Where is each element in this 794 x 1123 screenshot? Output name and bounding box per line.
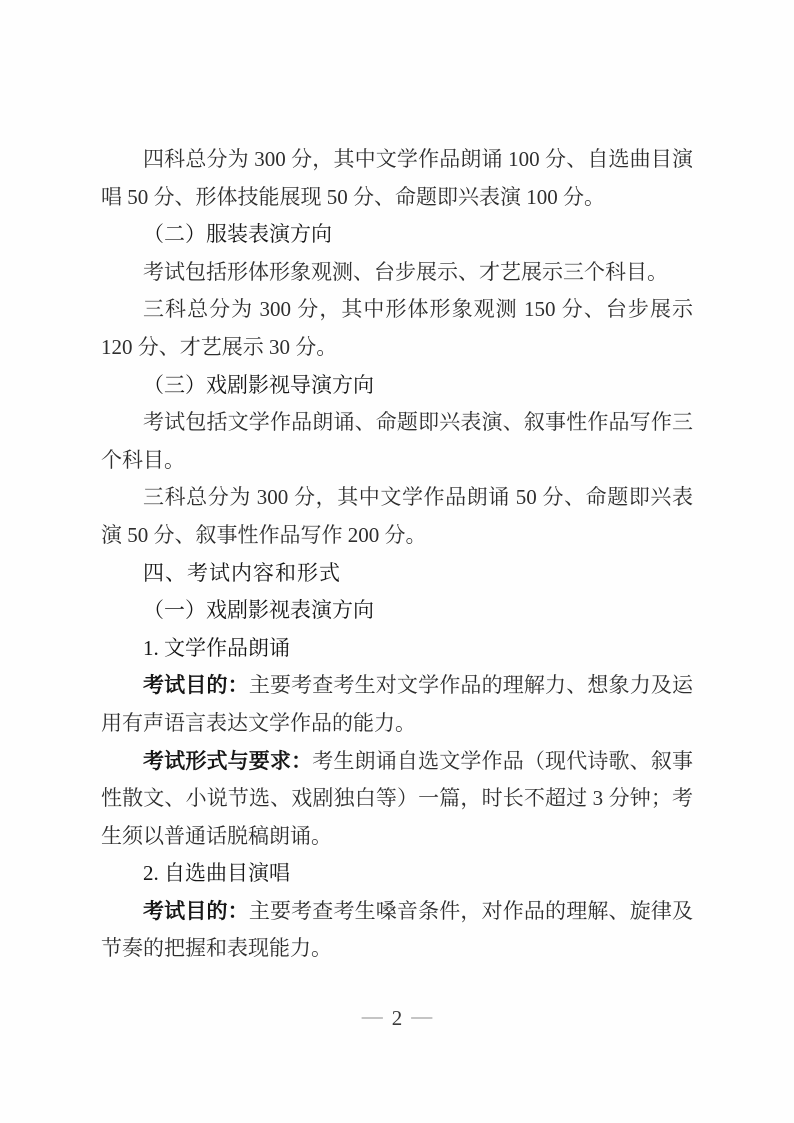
paragraph-performance-total-scores: 四科总分为 300 分，其中文学作品朗诵 100 分、自选曲目演唱 50 分、形… — [101, 141, 693, 216]
heading-exam-content-and-format: 四、考试内容和形式 — [101, 555, 693, 593]
document-page: 四科总分为 300 分，其中文学作品朗诵 100 分、自选曲目演唱 50 分、形… — [0, 0, 794, 1123]
exam-purpose-label: 考试目的： — [143, 673, 249, 697]
page-number: 2 — [392, 1006, 403, 1030]
exam-format-label: 考试形式与要求： — [143, 749, 312, 773]
footer-dash-left: — — [362, 1004, 383, 1028]
paragraph-directing-total-scores: 三科总分为 300 分，其中文学作品朗诵 50 分、命题即兴表演 50 分、叙事… — [101, 479, 693, 554]
paragraph-fashion-subjects: 考试包括形体形象观测、台步展示、才艺展示三个科目。 — [101, 254, 693, 292]
document-body: 四科总分为 300 分，其中文学作品朗诵 100 分、自选曲目演唱 50 分、形… — [101, 141, 693, 968]
heading-self-selected-song-singing: 2. 自选曲目演唱 — [101, 855, 693, 893]
heading-drama-performance-direction: （一）戏剧影视表演方向 — [101, 592, 693, 630]
heading-literary-work-recitation: 1. 文学作品朗诵 — [101, 630, 693, 668]
page-footer: —2— — [0, 1000, 794, 1038]
heading-drama-directing-direction: （三）戏剧影视导演方向 — [101, 367, 693, 405]
paragraph-recitation-exam-format: 考试形式与要求：考生朗诵自选文学作品（现代诗歌、叙事性散文、小说节选、戏剧独白等… — [101, 743, 693, 856]
paragraph-directing-subjects: 考试包括文学作品朗诵、命题即兴表演、叙事性作品写作三个科目。 — [101, 404, 693, 479]
paragraph-recitation-exam-purpose: 考试目的：主要考查考生对文学作品的理解力、想象力及运用有声语言表达文学作品的能力… — [101, 667, 693, 742]
paragraph-fashion-total-scores: 三科总分为 300 分，其中形体形象观测 150 分、台步展示 120 分、才艺… — [101, 291, 693, 366]
heading-fashion-performance-direction: （二）服装表演方向 — [101, 216, 693, 254]
exam-purpose-label: 考试目的： — [143, 899, 249, 923]
paragraph-song-exam-purpose: 考试目的：主要考查考生嗓音条件，对作品的理解、旋律及节奏的把握和表现能力。 — [101, 893, 693, 968]
footer-dash-right: — — [411, 1004, 432, 1028]
